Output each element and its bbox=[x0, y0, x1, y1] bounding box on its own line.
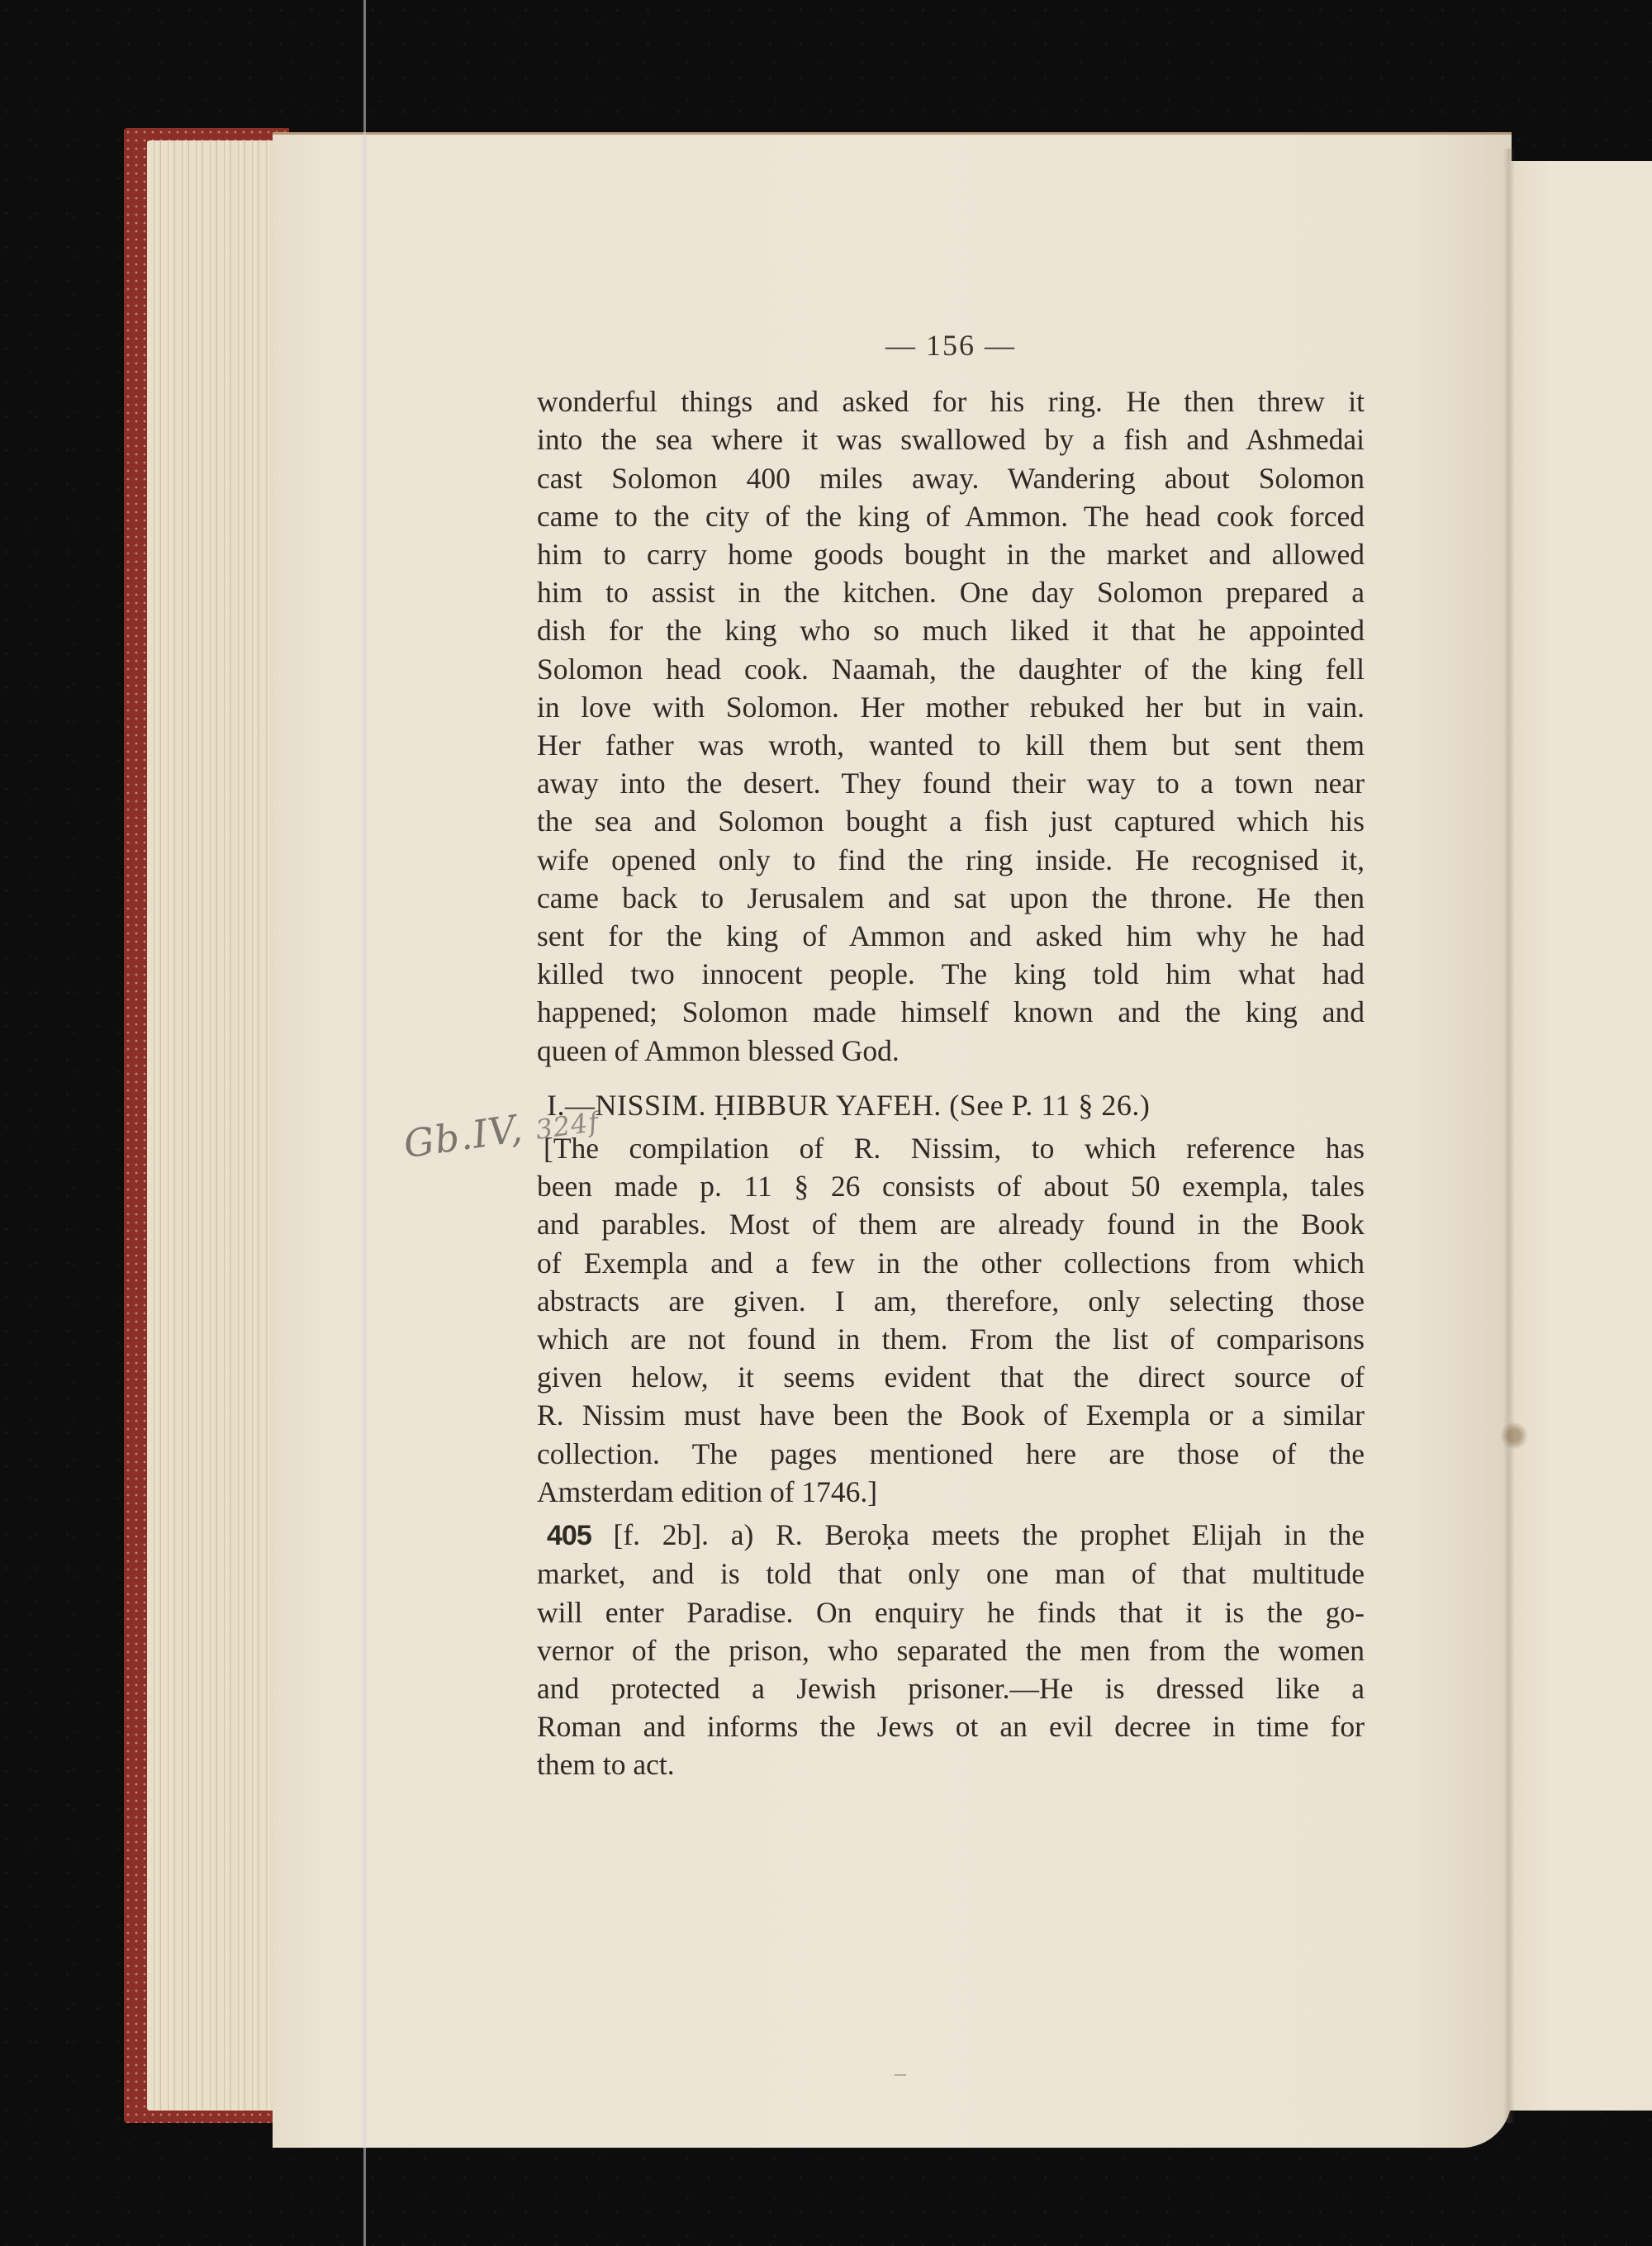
text-line: dish for the king who so much liked it t… bbox=[537, 611, 1365, 649]
page-number: — 156 — bbox=[537, 326, 1365, 364]
entry-first-line-text: [f. 2b]. a) R. Beroḳa meets the prophet … bbox=[614, 1518, 1365, 1551]
bottom-mark bbox=[895, 2074, 906, 2076]
page-holder-strip bbox=[363, 0, 366, 2246]
text-line: away into the desert. They found their w… bbox=[537, 764, 1365, 802]
text-line: wife opened only to find the ring inside… bbox=[537, 841, 1365, 879]
text-line: wonderful things and asked for his ring.… bbox=[537, 382, 1365, 420]
text-line: happened; Solomon made himself known and… bbox=[537, 993, 1365, 1031]
entry-number: 405 bbox=[547, 1520, 591, 1551]
continued-paragraph: wonderful things and asked for his ring.… bbox=[537, 382, 1365, 1070]
text-line: him to assist in the kitchen. One day So… bbox=[537, 573, 1365, 611]
text-line: in love with Solomon. Her mother rebuked… bbox=[537, 688, 1365, 726]
page-stain bbox=[1499, 1422, 1529, 1449]
text-line: which are not found in them. From the li… bbox=[537, 1320, 1365, 1358]
text-line: and parables. Most of them are already f… bbox=[537, 1205, 1365, 1243]
text-line: him to carry home goods bought in the ma… bbox=[537, 535, 1365, 573]
text-line: of Exempla and a few in the other collec… bbox=[537, 1244, 1365, 1282]
text-line: vernor of the prison, who separated the … bbox=[537, 1631, 1365, 1669]
text-line: cast Solomon 400 miles away. Wandering a… bbox=[537, 459, 1365, 497]
page-text: — 156 — wonderful things and asked for h… bbox=[537, 326, 1365, 1784]
text-line: abstracts are given. I am, therefore, on… bbox=[537, 1282, 1365, 1320]
section-heading: I.—NISSIM. ḤIBBUR YAFEH. (See P. 11 § 26… bbox=[547, 1086, 1365, 1124]
text-line: market, and is told that only one man of… bbox=[537, 1555, 1365, 1593]
text-line: will enter Paradise. On enquiry he finds… bbox=[537, 1593, 1365, 1631]
text-line: given helow, it seems evident that the d… bbox=[537, 1358, 1365, 1396]
text-line: queen of Ammon blessed God. bbox=[537, 1032, 1365, 1070]
entry-first-line: 405 [f. 2b]. a) R. Beroḳa meets the prop… bbox=[537, 1516, 1365, 1555]
text-line: Her father was wroth, wanted to kill the… bbox=[537, 726, 1365, 764]
page-stack-edges bbox=[147, 140, 275, 2111]
gutter-shadow bbox=[1503, 149, 1515, 2123]
text-line: [The compilation of R. Nissim, to which … bbox=[537, 1129, 1365, 1167]
text-line: Solomon head cook. Naamah, the daughter … bbox=[537, 650, 1365, 688]
text-line: R. Nissim must have been the Book of Exe… bbox=[537, 1396, 1365, 1434]
text-line: came back to Jerusalem and sat upon the … bbox=[537, 879, 1365, 917]
text-line: them to act. bbox=[537, 1745, 1365, 1783]
text-line: and protected a Jewish prisoner.—He is d… bbox=[537, 1669, 1365, 1707]
text-line: sent for the king of Ammon and asked him… bbox=[537, 917, 1365, 955]
text-line: came to the city of the king of Ammon. T… bbox=[537, 497, 1365, 535]
text-line: Roman and informs the Jews ot an evil de… bbox=[537, 1707, 1365, 1745]
text-line: the sea and Solomon bought a fish just c… bbox=[537, 802, 1365, 840]
intro-paragraph: [The compilation of R. Nissim, to which … bbox=[537, 1129, 1365, 1511]
text-line: been made p. 11 § 26 consists of about 5… bbox=[537, 1167, 1365, 1205]
book-page-right-edge bbox=[1508, 161, 1652, 2111]
text-line: killed two innocent people. The king tol… bbox=[537, 955, 1365, 993]
entry-405: 405 [f. 2b]. a) R. Beroḳa meets the prop… bbox=[537, 1516, 1365, 1783]
text-line: collection. The pages mentioned here are… bbox=[537, 1435, 1365, 1473]
text-line: Amsterdam edition of 1746.] bbox=[537, 1473, 1365, 1511]
text-line: into the sea where it was swallowed by a… bbox=[537, 420, 1365, 458]
